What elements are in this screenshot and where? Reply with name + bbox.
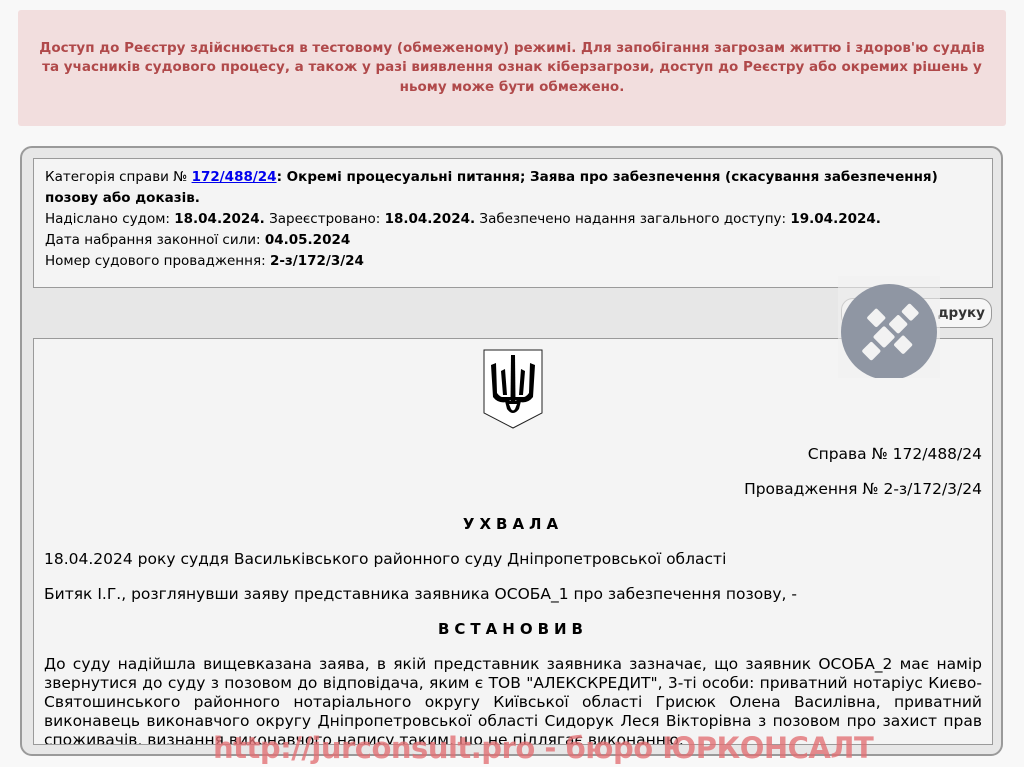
decision-frame: Категорія справи № 172/488/24: Окремі пр… — [20, 146, 1003, 756]
alert-text: Доступ до Реєстру здійснюється в тестово… — [36, 39, 988, 98]
watermark-text: http://jurconsult.pro - бюро ЮРКОНСАЛТ — [213, 731, 873, 765]
puzzle-icon — [838, 276, 940, 378]
effective-date: 04.05.2024 — [265, 232, 350, 248]
case-info-panel: Категорія справи № 172/488/24: Окремі пр… — [33, 158, 993, 288]
decision-document: Справа № 172/488/24 Провадження № 2-з/17… — [33, 338, 993, 745]
access-warning-alert: Доступ до Реєстру здійснюється в тестово… — [18, 10, 1006, 126]
coat-of-arms-icon — [483, 349, 543, 429]
effective-date-row: Дата набрання законної сили: 04.05.2024 — [45, 230, 981, 251]
established-heading: ВСТАНОВИВ — [34, 620, 992, 638]
proceeding-number: 2-з/172/3/24 — [270, 253, 364, 269]
case-number-line: Справа № 172/488/24 — [808, 445, 982, 463]
sent-date: 18.04.2024. — [174, 211, 265, 227]
decision-title: УХВАЛА — [34, 515, 992, 533]
case-category: Категорія справи № 172/488/24: Окремі пр… — [45, 167, 981, 209]
floating-widget[interactable] — [838, 276, 940, 378]
case-dates: Надіслано судом: 18.04.2024. Зареєстрова… — [45, 209, 981, 230]
proceeding-line: Провадження № 2-з/172/3/24 — [744, 480, 982, 498]
case-number-link[interactable]: 172/488/24 — [192, 169, 277, 185]
registered-date: 18.04.2024. — [385, 211, 476, 227]
public-access-date: 19.04.2024. — [790, 211, 881, 227]
consideration-line: Битяк І.Г., розглянувши заяву представни… — [44, 585, 797, 603]
judge-line: 18.04.2024 року суддя Васильківського ра… — [44, 550, 726, 568]
proceeding-number-row: Номер судового провадження: 2-з/172/3/24 — [45, 251, 981, 272]
